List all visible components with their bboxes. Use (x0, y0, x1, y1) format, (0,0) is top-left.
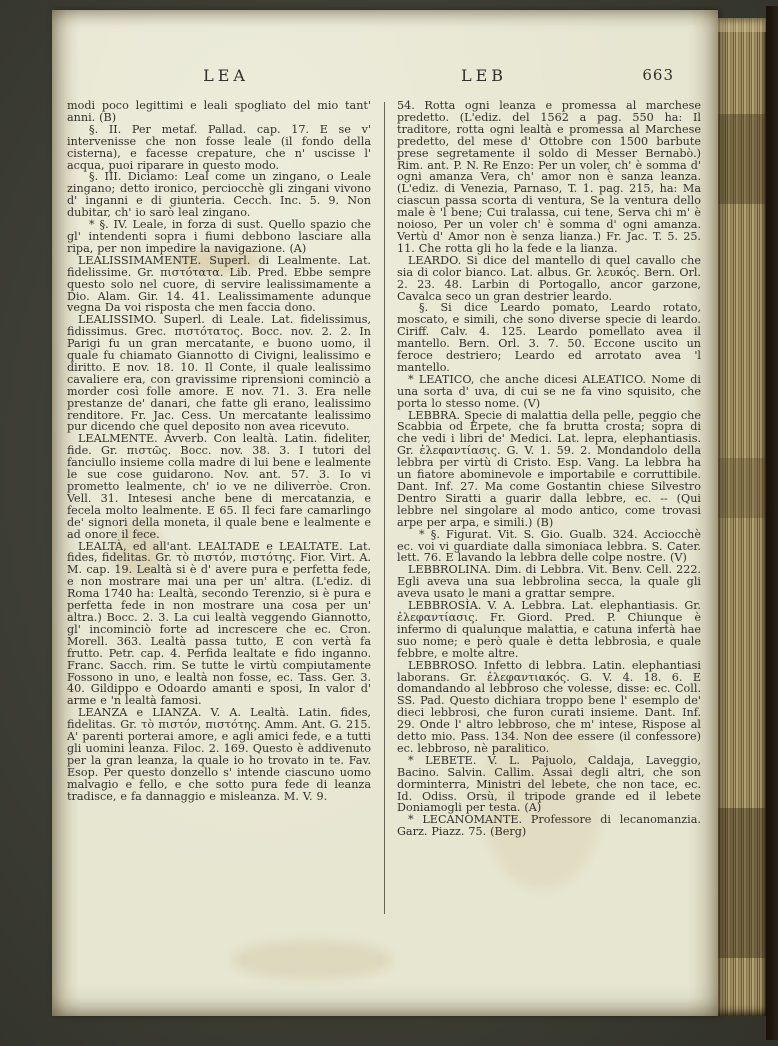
fore-edge-top-highlight (718, 18, 766, 32)
dictionary-text: modi poco legittimi e leali spogliato de… (67, 100, 701, 986)
dictionary-paragraph: LEALISSIMO. Superl. di Leale. Lat. fidel… (67, 314, 371, 433)
text-column-right: 54. Rotta ogni leanza e promessa al marc… (397, 100, 701, 986)
book-page: LEA LEB 663 modi poco legittimi e leali … (52, 10, 718, 1016)
dictionary-paragraph: LEBBROSO. Infetto di lebbra. Latin. elep… (397, 660, 701, 755)
dictionary-paragraph: * §. Figurat. Vit. S. Gio. Gualb. 324. A… (397, 529, 701, 565)
dictionary-paragraph: * LEBETE. V. L. Pajuolo, Caldaja, Lavegg… (397, 755, 701, 815)
running-head-right-cell: LEB 663 (384, 66, 700, 85)
dictionary-paragraph: modi poco legittimi e leali spogliato de… (67, 100, 371, 124)
running-head-left: LEA (203, 66, 249, 85)
dictionary-paragraph: 54. Rotta ogni leanza e promessa al marc… (397, 100, 701, 255)
fore-edge-dark-band (718, 458, 766, 518)
dictionary-paragraph: §. III. Diciamo: Leal come un zingano, o… (67, 171, 371, 219)
book-cover-edge (766, 6, 778, 1040)
dictionary-paragraph: LEALISSIMAMENTE. Superl. di Lealmente. L… (67, 255, 371, 315)
running-head-left-cell: LEA (68, 66, 384, 85)
dictionary-paragraph: §. Si dice Leardo pomato, Leardo rotato,… (397, 302, 701, 373)
dictionary-paragraph: * §. IV. Leale, in forza di sust. Quello… (67, 219, 371, 255)
dictionary-paragraph: LEBBROSÌA. V. A. Lebbra. Lat. elephantia… (397, 600, 701, 660)
running-head-right: LEB (461, 66, 507, 85)
running-head: LEA LEB 663 (68, 66, 700, 90)
dictionary-paragraph: LEALMENTE. Avverb. Con lealtà. Latin. fi… (67, 433, 371, 540)
dictionary-paragraph: §. II. Per metaf. Pallad. cap. 17. E se … (67, 124, 371, 172)
dictionary-paragraph: * LEATICO, che anche dicesi ALEATICO. No… (397, 374, 701, 410)
dictionary-paragraph: LEBBROLINA. Dim. di Lebbra. Vit. Benv. C… (397, 564, 701, 600)
dictionary-paragraph: LEALTÀ, ed all'ant. LEALTADE e LEALTATE.… (67, 541, 371, 708)
dictionary-paragraph: LEARDO. Si dice del mantello di quel cav… (397, 255, 701, 303)
fore-edge-dark-band (718, 808, 766, 958)
text-column-left: modi poco legittimi e leali spogliato de… (67, 100, 371, 986)
dictionary-paragraph: LEBBRA. Specie di malattia della pelle, … (397, 410, 701, 529)
book-fore-edge-pages (718, 18, 766, 1016)
dictionary-paragraph: * LECANOMANTE. Professore di lecanomanzi… (397, 814, 701, 838)
dictionary-paragraph: LEANZA e LIANZA. V. A. Lealtà. Latin. fi… (67, 707, 371, 802)
fore-edge-dark-band (718, 114, 766, 204)
page-number: 663 (642, 66, 674, 84)
